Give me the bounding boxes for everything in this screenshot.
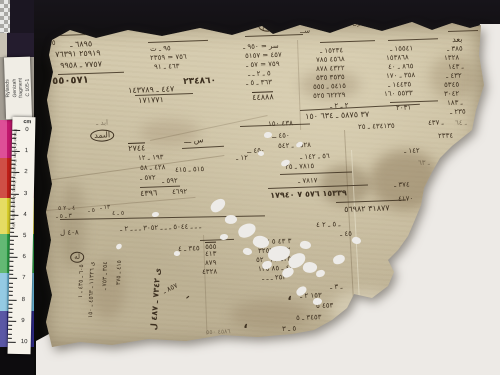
ruler-tick-major [12,130,20,131]
ruler-tick-minor [12,134,16,135]
color-patch-dark-purple [0,33,34,57]
ruler-tick-major [9,278,17,279]
ruler-tick-minor [9,261,13,262]
ruler-number: 8 [22,297,25,303]
ruler-tick-minor [10,244,14,245]
shelfmark-label: RylandsGenizahfragmentC 105-1 [4,57,32,120]
ruler-tick-minor [11,206,15,207]
ruler-tick-minor [8,329,12,330]
color-patch-checker-black [0,0,34,33]
shelfmark-label-text: RylandsGenizahfragmentC 105-1 [5,78,32,99]
color-patch-tint [0,120,7,158]
ruler-tick-major [10,257,18,258]
ruler-tick-minor [9,291,13,292]
ruler-tick-minor [9,265,13,266]
ruler-tick-minor [11,168,15,169]
ruler-tick-minor [11,164,15,165]
ruler-tick-minor [11,198,15,199]
shelfmark-line: C 105-1 [24,78,31,98]
color-patch-tint [0,33,7,57]
ruler-tick-minor [10,227,14,228]
ruler-tick-major [9,299,17,300]
ruler-number: 9 [21,318,24,324]
manuscript-fragment: ٤٥٦٨٩٥ ـ٢٥٩١٩ ٧٦٣٩١٧٧٥٧ ـ ٩٩٥٨٥٥٠٥٧١٩٥ ـ… [40,20,486,352]
ruler-tick-minor [11,202,15,203]
ruler-tick-major [11,172,19,173]
ruler-tick-minor [9,274,13,275]
edge-shading [40,20,486,352]
ruler-tick-minor [12,142,16,143]
ruler-tick-minor [11,176,15,177]
ruler-tick-minor [9,287,13,288]
ruler-number: 6 [22,254,25,260]
ruler-tick-minor [8,316,12,317]
ruler-credit: Image © John Rylands Library, Manchester… [11,129,18,228]
ruler-tick-major [11,193,19,194]
ruler-number: 5 [23,233,26,239]
ruler-unit-label: cm [23,119,31,125]
ruler-tick-minor [10,248,14,249]
ruler-tick-minor [10,219,14,220]
ruler-tick-minor [10,232,14,233]
ruler-number: 0 [25,127,28,133]
ruler-tick-minor [8,325,12,326]
ruler-tick-major [12,151,20,152]
ruler-tick-minor [10,240,14,241]
scan-stage: RylandsGenizahfragmentC 105-1 cm Image ©… [0,0,500,375]
color-patch-tint [0,311,7,347]
ruler-number: 10 [21,339,28,345]
ruler-number: 1 [25,148,28,154]
ruler-tick-minor [9,270,13,271]
ruler-tick-minor [10,223,14,224]
ruler-tick-minor [12,159,16,160]
ruler-tick-major [10,236,18,237]
color-patch-tint [0,198,7,234]
ruler-tick-minor [12,155,16,156]
fragment-paper: ٤٥٦٨٩٥ ـ٢٥٩١٩ ٧٦٣٩١٧٧٥٧ ـ ٩٩٥٨٥٥٠٥٧١٩٥ ـ… [40,20,486,352]
ruler-tick-minor [11,210,15,211]
ruler-number: 4 [23,212,26,218]
color-patch-tint [0,0,10,33]
ruler-tick-minor [11,189,15,190]
ruler-tick-minor [11,185,15,186]
ruler-tick-minor [10,253,14,254]
ruler-tick-minor [11,181,15,182]
color-patch-tint [0,234,7,273]
ruler-tick-minor [8,333,12,334]
ruler-tick-major [10,215,18,216]
ruler-tick-minor [8,337,12,338]
ruler-number: 7 [22,275,25,281]
ruler-tick-minor [12,147,16,148]
ruler-number: 2 [24,169,27,175]
color-patch-tint [0,273,7,311]
color-patch-tint [0,158,7,198]
ruler-tick-minor [8,312,12,313]
ruler-tick-minor [8,308,12,309]
ruler-tick-minor [9,282,13,283]
ruler-tick-minor [12,138,16,139]
ruler-tick-major [8,321,16,322]
ruler-tick-minor [9,295,13,296]
ruler-tick-minor [9,304,13,305]
ruler-number: 3 [24,191,27,197]
ruler-tick-major [8,342,16,343]
